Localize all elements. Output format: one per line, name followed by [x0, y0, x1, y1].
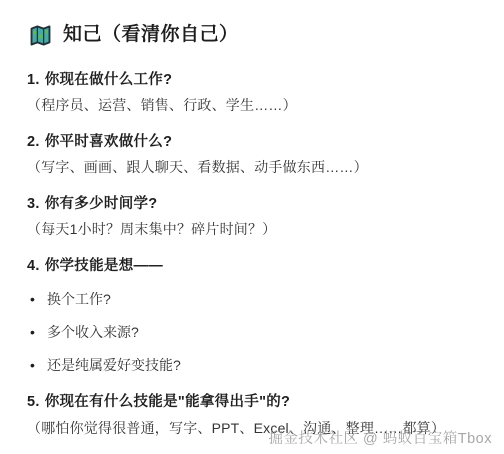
question-3-number: 3. [27, 196, 40, 212]
list-item: •多个收入来源? [30, 323, 490, 341]
bullet-icon: • [30, 323, 38, 341]
question-2-number: 2. [27, 134, 40, 150]
question-1: 1.你现在做什么工作? （程序员、运营、销售、行政、学生……） [27, 71, 490, 114]
question-3-text: 你有多少时间学? [45, 196, 158, 212]
question-2-hint: （写字、画画、跟人聊天、看数据、动手做东西……） [27, 158, 490, 176]
question-1-hint: （程序员、运营、销售、行政、学生……） [27, 96, 490, 114]
map-icon [28, 23, 53, 48]
section-header: 知己（看清你自己） [27, 22, 490, 48]
question-4: 4.你学技能是想—— •换个工作? •多个收入来源? •还是纯属爱好变技能? [27, 257, 490, 374]
option-text: 换个工作? [47, 290, 111, 308]
page-title: 知己（看清你自己） [63, 22, 239, 48]
question-1-text: 你现在做什么工作? [45, 72, 173, 88]
option-text: 多个收入来源? [47, 323, 139, 341]
list-item: •还是纯属爱好变技能? [30, 356, 490, 374]
watermark: 掘金技术社区 @ 蚂蚁百宝箱Tbox [268, 427, 492, 448]
question-4-number: 4. [27, 258, 40, 274]
question-4-title: 4.你学技能是想—— [27, 257, 490, 275]
question-4-options: •换个工作? •多个收入来源? •还是纯属爱好变技能? [27, 290, 490, 374]
list-item: •换个工作? [30, 290, 490, 308]
question-5-number: 5. [27, 394, 40, 410]
question-3: 3.你有多少时间学? （每天1小时？周末集中？碎片时间？） [27, 195, 490, 238]
question-5-title: 5.你现在有什么技能是"能拿得出手"的? [27, 393, 490, 411]
question-2-title: 2.你平时喜欢做什么? [27, 133, 490, 151]
question-3-title: 3.你有多少时间学? [27, 195, 490, 213]
question-5-text: 你现在有什么技能是"能拿得出手"的? [45, 394, 291, 410]
question-2-text: 你平时喜欢做什么? [45, 134, 173, 150]
bullet-icon: • [30, 356, 38, 374]
question-3-hint: （每天1小时？周末集中？碎片时间？） [27, 220, 490, 238]
question-1-title: 1.你现在做什么工作? [27, 71, 490, 89]
option-text: 还是纯属爱好变技能? [47, 356, 181, 374]
question-4-text: 你学技能是想—— [45, 258, 163, 274]
bullet-icon: • [30, 290, 38, 308]
article-page: 知己（看清你自己） 1.你现在做什么工作? （程序员、运营、销售、行政、学生……… [0, 0, 504, 454]
question-2: 2.你平时喜欢做什么? （写字、画画、跟人聊天、看数据、动手做东西……） [27, 133, 490, 176]
question-1-number: 1. [27, 72, 40, 88]
